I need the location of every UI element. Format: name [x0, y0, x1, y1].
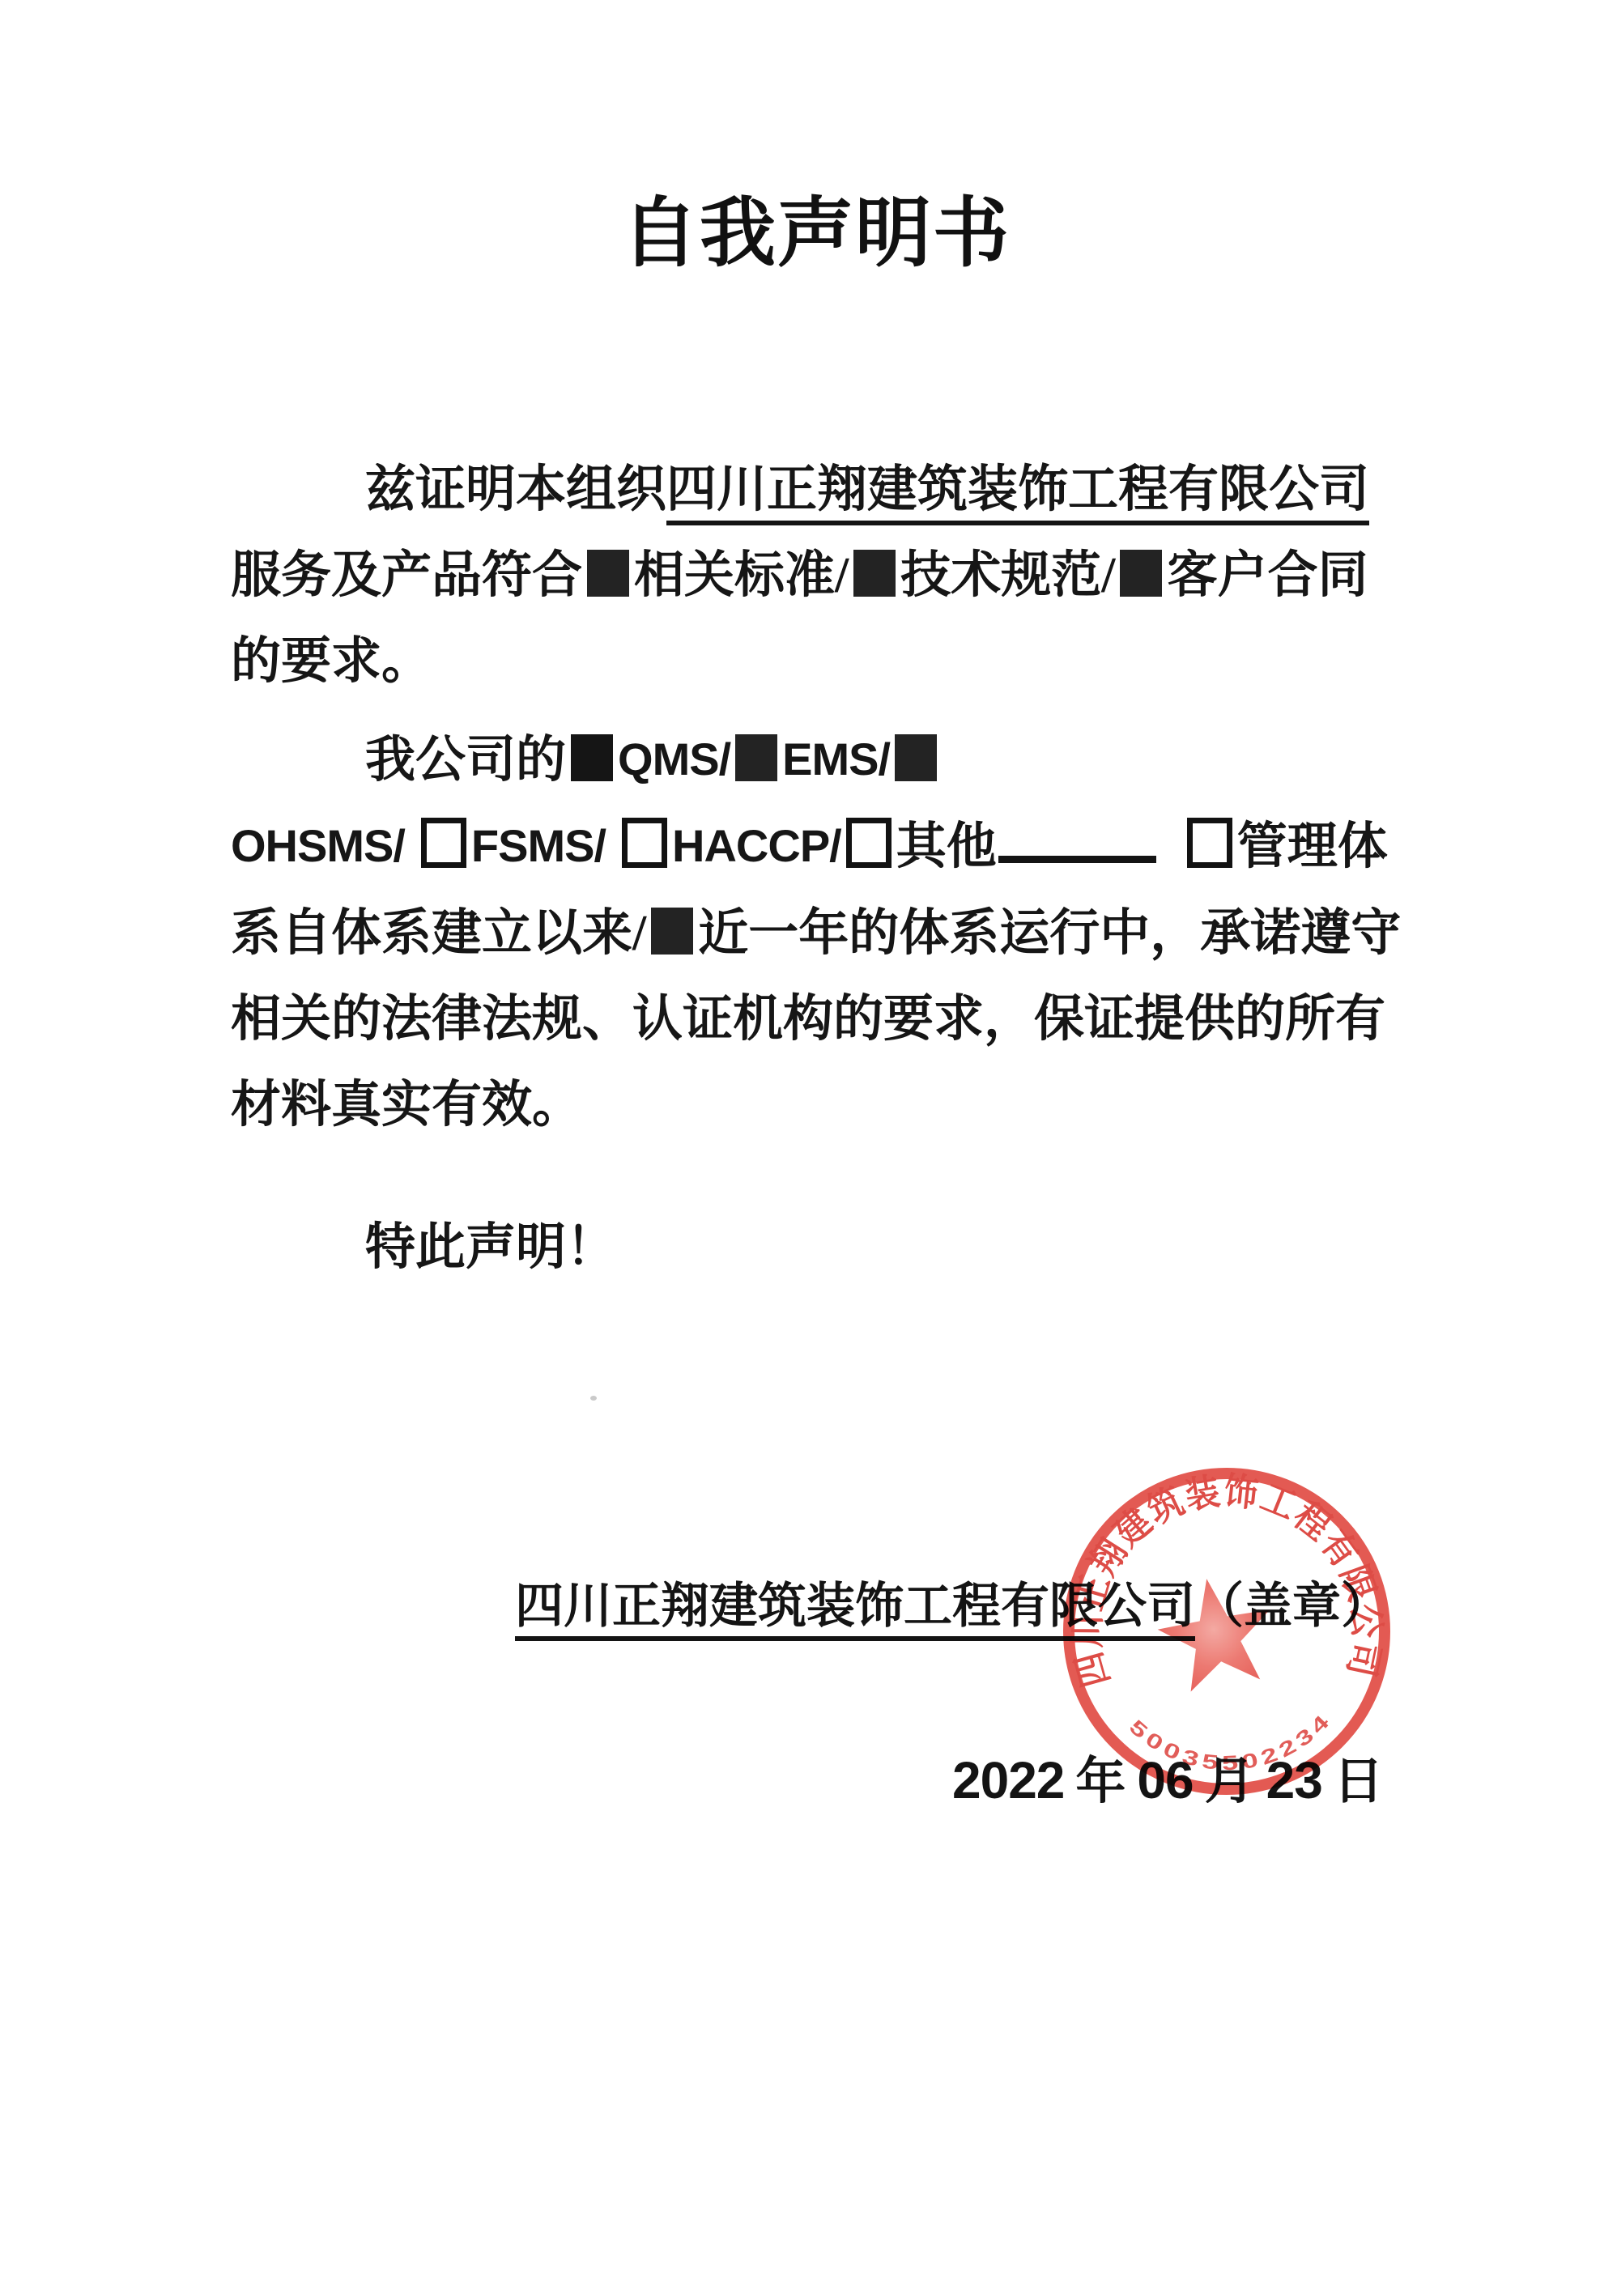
- p1-lead: 兹证明本组织: [365, 462, 666, 517]
- checkbox-contract-filled: [1120, 550, 1162, 597]
- p2-line1: 我公司的QMS/EMS/: [231, 717, 1381, 804]
- p2-line3b: 近一年的体系运行中，承诺遵守: [698, 906, 1401, 961]
- paragraph-2: 我公司的QMS/EMS/ OHSMS/FSMS/HACCP/其他管理体 系自体系…: [231, 717, 1381, 1148]
- system-qms-label: QMS/: [618, 733, 730, 784]
- date-day: 23: [1266, 1751, 1322, 1809]
- date-year-unit: 年: [1075, 1754, 1126, 1809]
- scan-speck: [590, 1396, 597, 1401]
- checkbox-ems-filled: [735, 734, 777, 781]
- checkbox-standards-filled: [587, 550, 629, 597]
- system-haccp-label: HACCP/: [672, 820, 841, 871]
- checkbox-mgmt-empty: [1187, 818, 1232, 868]
- document-page: 自我声明书 兹证明本组织四川正翔建筑装饰工程有限公司 服务及产品符合相关标准/技…: [0, 0, 1600, 2296]
- document-body: 兹证明本组织四川正翔建筑装饰工程有限公司 服务及产品符合相关标准/技术规范/客户…: [231, 447, 1381, 1290]
- option-standards-label: 相关标准/: [634, 548, 849, 603]
- option-specs-label: 技术规范/: [900, 548, 1115, 603]
- system-ohsms-label: OHSMS/: [231, 820, 405, 871]
- p2-line5: 材料真实有效。: [231, 1062, 1381, 1148]
- checkbox-specs-filled: [853, 550, 896, 597]
- p2-lead: 我公司的: [365, 733, 566, 788]
- system-mgmt-label: 管理体: [1237, 819, 1388, 874]
- p1-company-underlined: 四川正翔建筑装饰工程有限公司: [666, 462, 1369, 525]
- p1-line2-prefix: 服务及产品符合: [231, 548, 582, 603]
- document-title: 自我声明书: [32, 172, 1600, 281]
- p2-line2: OHSMS/FSMS/HACCP/其他管理体: [231, 804, 1381, 891]
- system-ems-label: EMS/: [782, 733, 890, 784]
- checkbox-other-empty: [846, 818, 891, 868]
- date-month: 06: [1137, 1751, 1193, 1809]
- p1-line3-text: 的要求。: [231, 634, 432, 689]
- date-month-unit: 月: [1205, 1754, 1255, 1809]
- system-other-label: 其他: [896, 819, 997, 874]
- date-day-unit: 日: [1334, 1754, 1384, 1809]
- p2-line5-text: 材料真实有效。: [231, 1078, 582, 1133]
- signature-company-underlined: 四川正翔建筑装饰工程有限公司: [515, 1580, 1195, 1641]
- p1-line3: 的要求。: [231, 619, 1381, 704]
- system-fsms-label: FSMS/: [471, 820, 606, 871]
- closing-text: 特此声明！: [365, 1220, 616, 1275]
- checkbox-recent-year-filled: [651, 908, 693, 955]
- p2-line4: 相关的法律法规、认证机构的要求，保证提供的所有: [231, 976, 1381, 1062]
- p1-line1: 兹证明本组织四川正翔建筑装饰工程有限公司: [231, 447, 1381, 533]
- checkbox-haccp-empty: [622, 818, 667, 868]
- checkbox-fsms-empty: [421, 818, 466, 868]
- date-line: 2022年06月23日: [952, 1741, 1395, 1813]
- other-fill-in-blank: [998, 812, 1156, 863]
- checkbox-ohsms-filled: [895, 734, 937, 781]
- date-year: 2022: [952, 1751, 1064, 1809]
- p2-line3a: 系自体系建立以来/: [231, 906, 646, 961]
- p2-line4-text: 相关的法律法规、认证机构的要求，保证提供的所有: [231, 992, 1385, 1047]
- closing-statement: 特此声明！: [231, 1205, 1381, 1290]
- p1-line2: 服务及产品符合相关标准/技术规范/客户合同: [231, 533, 1381, 619]
- option-contract-label: 客户合同: [1167, 548, 1368, 603]
- checkbox-qms-filled: [571, 734, 613, 781]
- signature-line: 四川正翔建筑装饰工程有限公司（盖章）: [515, 1567, 1389, 1637]
- signature-seal-suffix: （盖章）: [1195, 1580, 1389, 1633]
- p2-line3: 系自体系建立以来/近一年的体系运行中，承诺遵守: [231, 891, 1381, 976]
